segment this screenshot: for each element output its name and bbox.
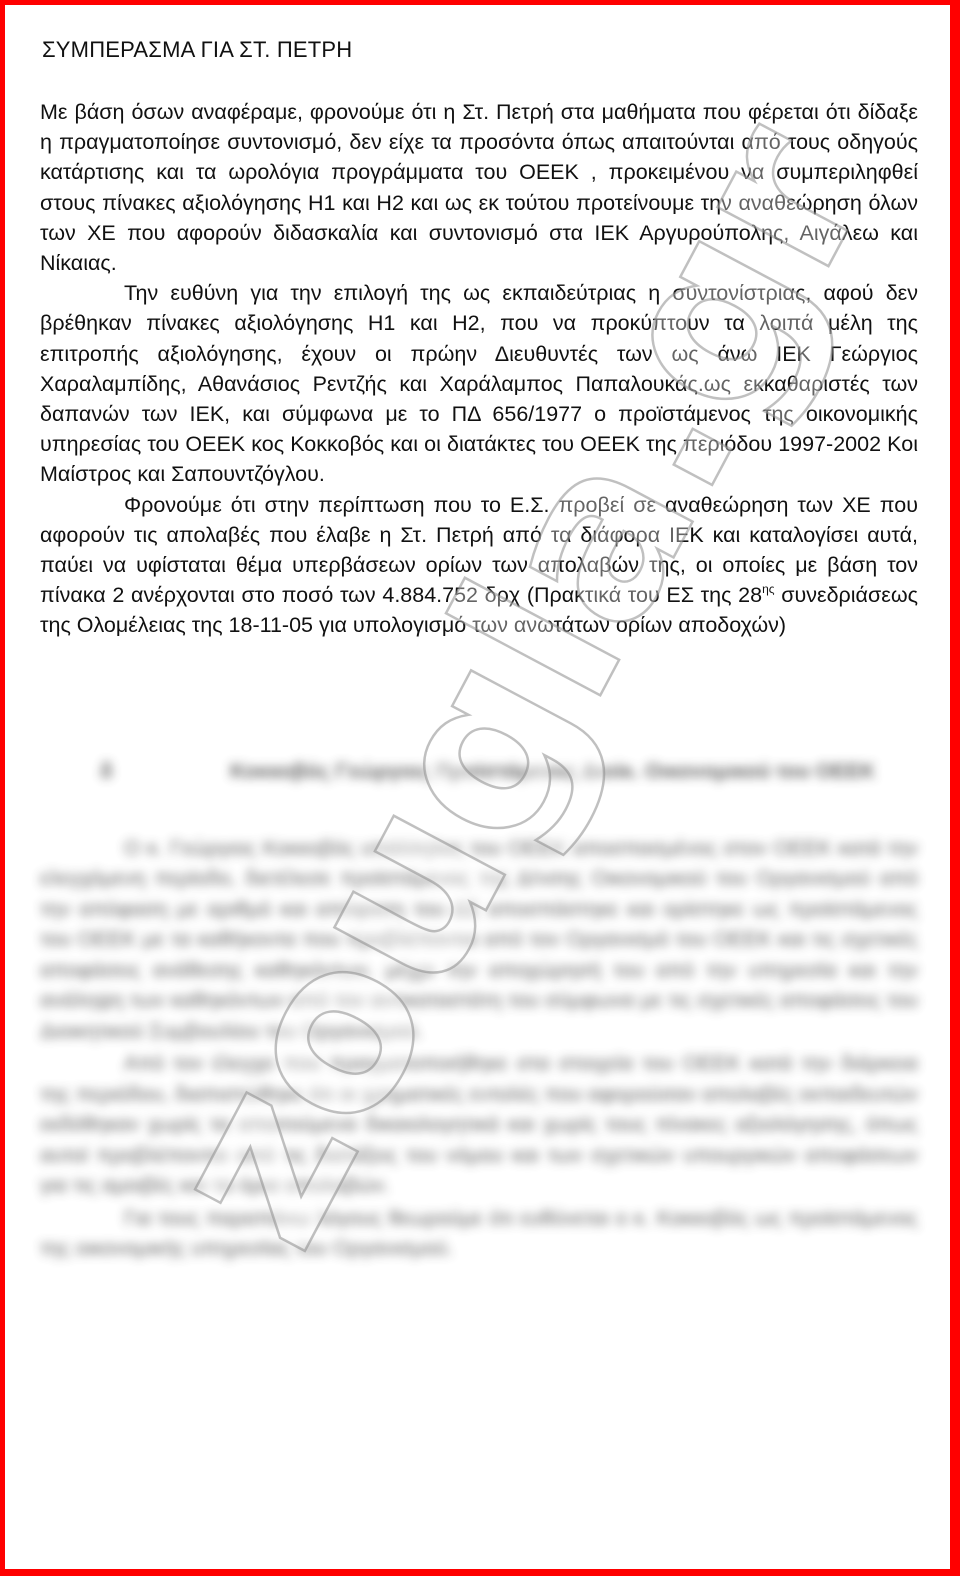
redacted-heading: δΚοκκοβός Γεώργιος Προϊστάμενος Διοίκ. Ο… (40, 757, 918, 788)
ordinal-superscript: ης (762, 582, 774, 596)
paragraph-2: Την ευθύνη για την επιλογή της ως εκπαιδ… (40, 278, 918, 489)
redacted-heading-number: δ (40, 757, 230, 788)
document-visible-text: ΣΥΜΠΕΡΑΣΜΑ ΓΙΑ ΣΤ. ΠΕΤΡΗ Με βάση όσων αν… (40, 35, 918, 641)
redacted-paragraph: Από τον έλεγχο που πραγματοποιήθηκε στα … (40, 1049, 918, 1202)
document-page: ΣΥΜΠΕΡΑΣΜΑ ΓΙΑ ΣΤ. ΠΕΤΡΗ Με βάση όσων αν… (5, 5, 950, 1569)
redacted-heading-text: Κοκκοβός Γεώργιος Προϊστάμενος Διοίκ. Οι… (230, 760, 875, 783)
paragraph-3: Φρονούμε ότι στην περίπτωση που το Ε.Σ. … (40, 490, 918, 641)
paragraph-1: Με βάση όσων αναφέραμε, φρονούμε ότι η Σ… (40, 97, 918, 278)
document-heading: ΣΥΜΠΕΡΑΣΜΑ ΓΙΑ ΣΤ. ΠΕΤΡΗ (42, 35, 918, 65)
redacted-paragraph: Ο κ. Γεώργιος Κοκκοβός υπάλληλος του ΟΕΕ… (40, 834, 918, 1048)
redacted-section: δΚοκκοβός Γεώργιος Προϊστάμενος Διοίκ. Ο… (40, 757, 918, 1267)
redacted-paragraph: Για τους παραπάνω λόγους θεωρούμε ότι ευ… (40, 1204, 918, 1265)
